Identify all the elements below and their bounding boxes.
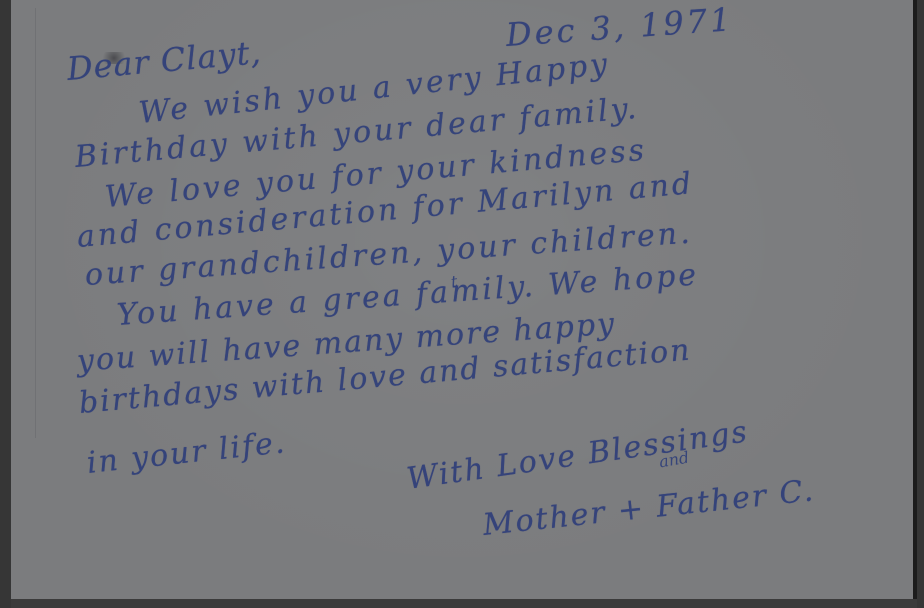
letter-signature: Mother + Father C. <box>481 473 816 543</box>
paper-right-edge <box>913 0 917 600</box>
paper-margin-line <box>35 8 36 438</box>
letter-paper: Dec 3, 1971 Dear Clayt, We wish you a ve… <box>11 0 915 599</box>
scan-frame: Dec 3, 1971 Dear Clayt, We wish you a ve… <box>0 0 924 608</box>
letter-date: Dec 3, 1971 <box>505 0 735 54</box>
letter-greeting: Dear Clayt, <box>65 33 263 88</box>
body-line-9: in your life. <box>85 425 288 481</box>
paper-bottom-edge <box>11 599 917 608</box>
